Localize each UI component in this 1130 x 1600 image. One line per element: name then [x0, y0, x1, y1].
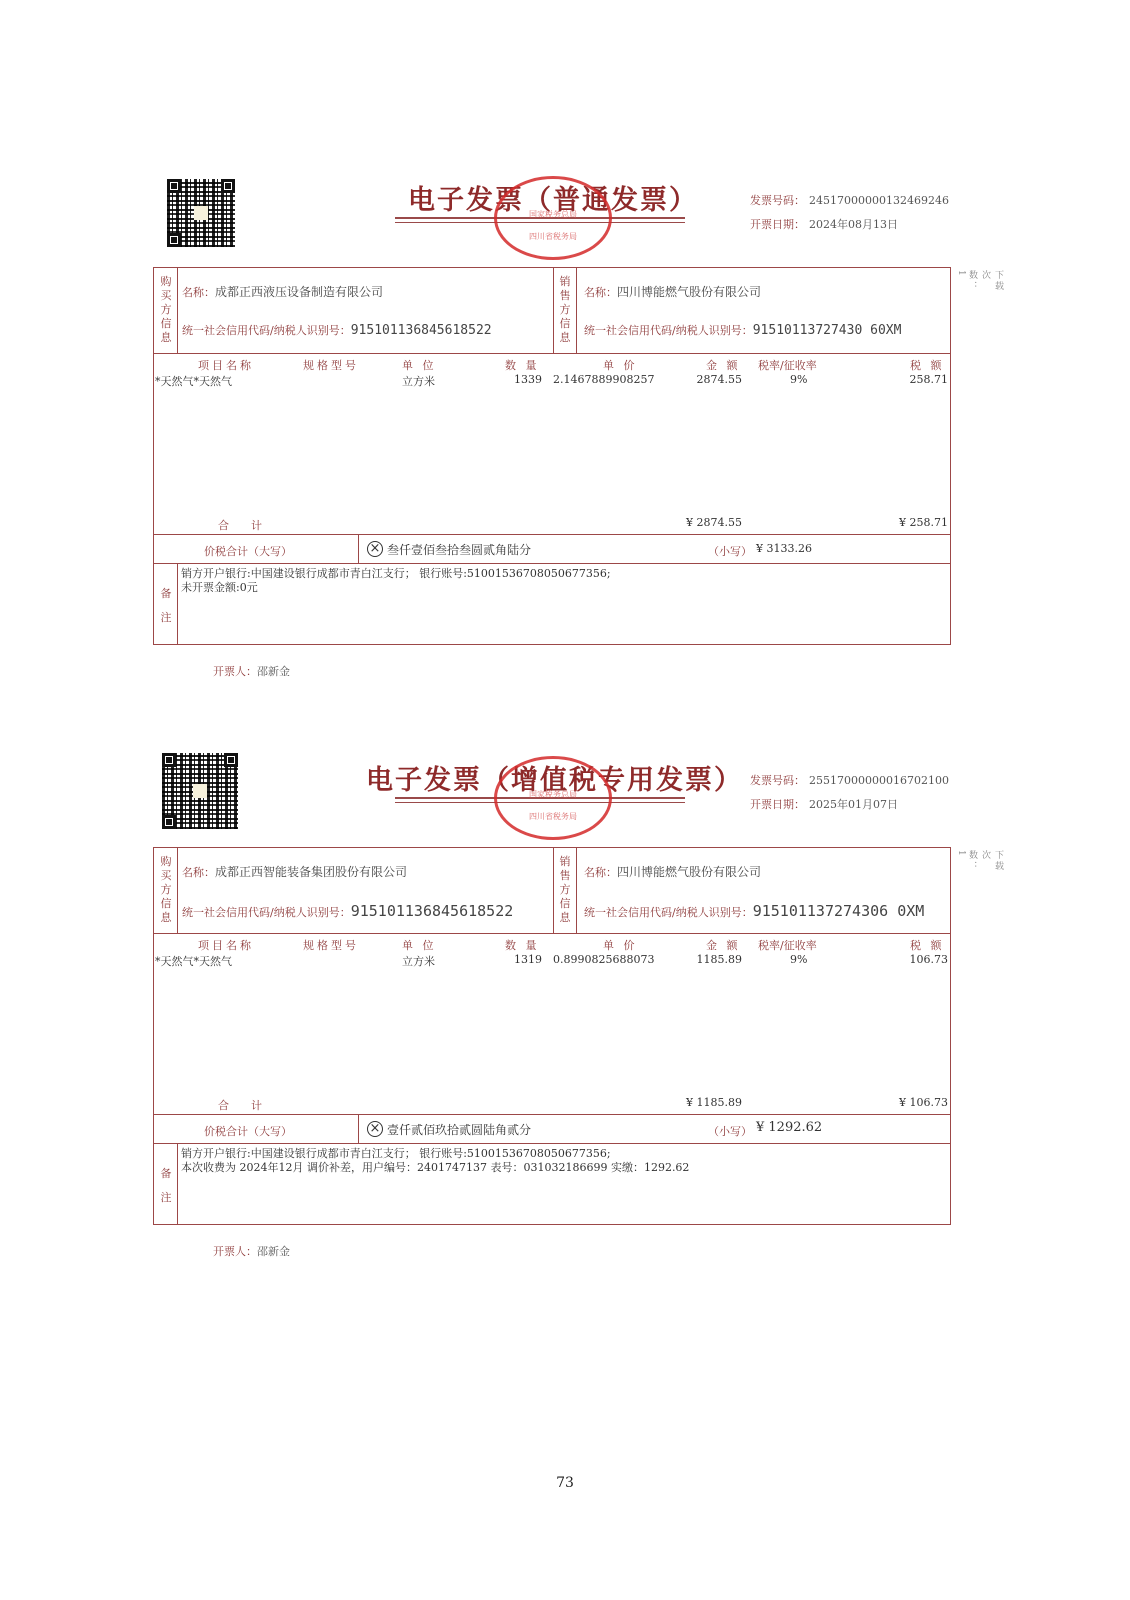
- item-tax: 106.73: [880, 953, 948, 966]
- buyer-tax-id-value: 915101136845618522: [351, 323, 492, 338]
- issuer-value: 邵新金: [257, 1245, 290, 1258]
- seal-text-2: 四川省税务局: [497, 811, 609, 822]
- buyer-tax-id-label: 统一社会信用代码/纳税人识别号：: [182, 906, 351, 919]
- total-label: 合计: [218, 1097, 284, 1113]
- seller-name-value: 四川博能燃气股份有限公司: [617, 865, 761, 879]
- buyer-tax-id-value: 915101136845618522: [351, 902, 514, 920]
- col-unit-price: 单 价: [603, 937, 638, 953]
- total-amount: ¥ 1185.89: [660, 1096, 742, 1109]
- remarks-label: 备注: [159, 582, 173, 630]
- sum-small-label: （小写）: [708, 1123, 752, 1139]
- issuer-value: 邵新金: [257, 665, 290, 678]
- seller-tax-id-label: 统一社会信用代码/纳税人识别号：: [584, 324, 753, 337]
- item-quantity: 1339: [500, 373, 542, 386]
- col-quantity: 数 量: [505, 937, 540, 953]
- item-name: *天然气*天然气: [155, 373, 232, 389]
- col-item-name: 项目名称: [198, 357, 254, 373]
- buyer-tax-id: 统一社会信用代码/纳税人识别号：915101136845618522: [182, 902, 513, 920]
- seller-tax-id-label: 统一社会信用代码/纳税人识别号：: [584, 906, 753, 919]
- invoice-number-label: 发票号码：: [750, 774, 805, 787]
- sum-words: 叁仟壹佰叁拾叁圆贰角陆分: [387, 541, 531, 558]
- col-unit: 单 位: [402, 357, 437, 373]
- seal-text-1: 国家税务总局: [497, 789, 609, 800]
- remark-line-1: 销方开户银行:中国建设银行成都市青白江支行； 银行账号:510015367080…: [181, 566, 611, 581]
- seller-section-label: 销售方信息: [558, 855, 572, 925]
- cross-circle-icon: ×: [367, 1121, 383, 1137]
- issue-date: 开票日期：2025年01月07日: [750, 796, 898, 812]
- seller-section-label: 销售方信息: [558, 275, 572, 345]
- invoice-number: 发票号码：25517000000016702100: [750, 772, 949, 788]
- remark-line-2: 未开票金额:0元: [181, 580, 258, 595]
- seller-name-label: 名称：: [584, 286, 617, 299]
- item-unit: 立方米: [402, 953, 435, 969]
- qr-code-icon: [161, 752, 239, 830]
- item-unit-price: 0.8990825688073: [553, 953, 654, 966]
- issuer-label: 开票人：: [213, 665, 257, 678]
- seller-name: 名称：四川博能燃气股份有限公司: [584, 863, 761, 880]
- sum-small-label: （小写）: [708, 543, 752, 559]
- col-quantity: 数 量: [505, 357, 540, 373]
- buyer-name-label: 名称：: [182, 286, 215, 299]
- cross-circle-icon: ×: [367, 541, 383, 557]
- invoice-number-label: 发票号码：: [750, 194, 805, 207]
- col-tax: 税 额: [910, 937, 945, 953]
- official-seal: 国家税务总局 四川省税务局: [494, 756, 612, 840]
- buyer-name: 名称：成都正西液压设备制造有限公司: [182, 283, 383, 300]
- invoice-number: 发票号码：24517000000132469246: [750, 192, 949, 208]
- item-amount: 1185.89: [680, 953, 742, 966]
- buyer-section-label: 购买方信息: [159, 855, 173, 925]
- remark-line-1: 销方开户银行:中国建设银行成都市青白江支行； 银行账号:510015367080…: [181, 1146, 611, 1161]
- buyer-section-label: 购买方信息: [159, 275, 173, 345]
- item-name: *天然气*天然气: [155, 953, 232, 969]
- buyer-name-value: 成都正西智能装备集团股份有限公司: [215, 865, 407, 879]
- col-unit: 单 位: [402, 937, 437, 953]
- issuer: 开票人：邵新金: [213, 1243, 290, 1259]
- seller-name: 名称：四川博能燃气股份有限公司: [584, 283, 761, 300]
- remark-line-2: 本次收费为 2024年12月 调价补差，用户编号：2401747137 表号：0…: [181, 1160, 689, 1175]
- col-item-name: 项目名称: [198, 937, 254, 953]
- sum-words-label: 价税合计（大写）: [204, 1123, 292, 1139]
- item-quantity: 1319: [500, 953, 542, 966]
- item-tax-rate: 9%: [790, 953, 807, 966]
- remarks-label: 备注: [159, 1162, 173, 1210]
- item-unit: 立方米: [402, 373, 435, 389]
- col-tax: 税 额: [910, 357, 945, 373]
- buyer-name: 名称：成都正西智能装备集团股份有限公司: [182, 863, 407, 880]
- seller-name-value: 四川博能燃气股份有限公司: [617, 285, 761, 299]
- buyer-name-label: 名称：: [182, 866, 215, 879]
- sum-small: ¥ 1292.62: [756, 1120, 822, 1135]
- issue-date-value: 2025年01月07日: [809, 798, 898, 811]
- item-amount: 2874.55: [680, 373, 742, 386]
- col-spec: 规格型号: [303, 357, 359, 373]
- buyer-name-value: 成都正西液压设备制造有限公司: [215, 285, 383, 299]
- issuer-label: 开票人：: [213, 1245, 257, 1258]
- sum-small: ¥ 3133.26: [756, 542, 812, 555]
- issue-date-label: 开票日期：: [750, 218, 805, 231]
- download-count: 下载次数：1: [956, 270, 1005, 292]
- seller-tax-id: 统一社会信用代码/纳税人识别号：91510113727430 60XM: [584, 322, 901, 338]
- total-amount: ¥ 2874.55: [660, 516, 742, 529]
- issuer: 开票人：邵新金: [213, 663, 290, 679]
- official-seal: 国家税务总局 四川省税务局: [494, 176, 612, 260]
- seller-tax-id-value: 915101137274306 0XM: [753, 902, 925, 920]
- invoice-number-value: 25517000000016702100: [809, 774, 949, 787]
- seller-name-label: 名称：: [584, 866, 617, 879]
- total-tax: ¥ 106.73: [860, 1096, 948, 1109]
- total-tax: ¥ 258.71: [860, 516, 948, 529]
- seal-text-2: 四川省税务局: [497, 231, 609, 242]
- issue-date-value: 2024年08月13日: [809, 218, 898, 231]
- seal-text-1: 国家税务总局: [497, 209, 609, 220]
- issue-date-label: 开票日期：: [750, 798, 805, 811]
- item-tax-rate: 9%: [790, 373, 807, 386]
- col-amount: 金 额: [706, 937, 741, 953]
- invoice-number-value: 24517000000132469246: [809, 194, 949, 207]
- total-label: 合计: [218, 517, 284, 533]
- page-number: 73: [0, 1475, 1130, 1491]
- issue-date: 开票日期：2024年08月13日: [750, 216, 898, 232]
- qr-code-icon: [166, 178, 236, 248]
- col-amount: 金 额: [706, 357, 741, 373]
- col-unit-price: 单 价: [603, 357, 638, 373]
- col-tax-rate: 税率/征收率: [758, 937, 817, 953]
- item-unit-price: 2.1467889908257: [553, 373, 654, 386]
- seller-tax-id-value: 91510113727430 60XM: [753, 323, 902, 338]
- seller-tax-id: 统一社会信用代码/纳税人识别号：915101137274306 0XM: [584, 902, 924, 920]
- buyer-tax-id: 统一社会信用代码/纳税人识别号：915101136845618522: [182, 322, 492, 338]
- sum-words-label: 价税合计（大写）: [204, 543, 292, 559]
- buyer-tax-id-label: 统一社会信用代码/纳税人识别号：: [182, 324, 351, 337]
- col-spec: 规格型号: [303, 937, 359, 953]
- sum-words: 壹仟贰佰玖拾贰圆陆角贰分: [387, 1121, 531, 1138]
- col-tax-rate: 税率/征收率: [758, 357, 817, 373]
- download-count: 下载次数：1: [956, 850, 1005, 872]
- item-tax: 258.71: [880, 373, 948, 386]
